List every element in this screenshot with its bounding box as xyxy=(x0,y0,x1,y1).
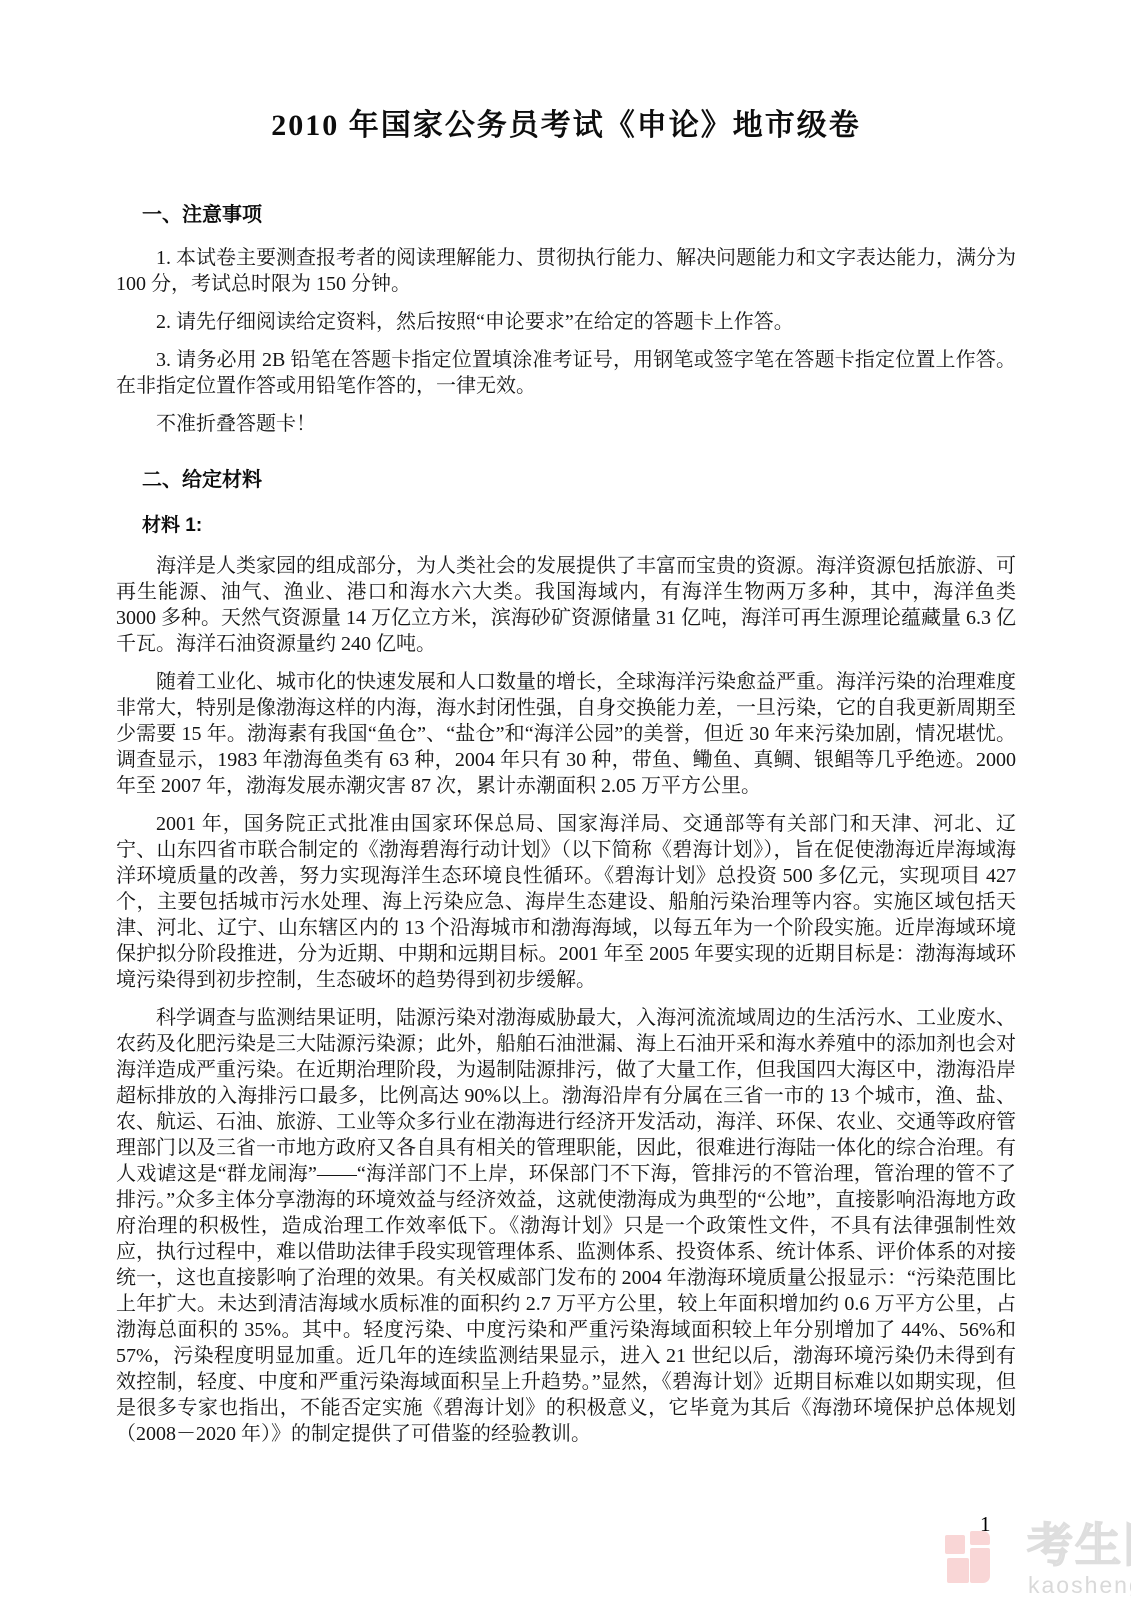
section-materials-heading: 二、给定材料 xyxy=(116,463,1016,492)
page-number: 1 xyxy=(980,1512,991,1537)
notice-warning: 不准折叠答题卡！ xyxy=(116,411,1016,437)
watermark-site-domain: kaosheng.com xyxy=(1028,1572,1131,1599)
notice-item-2: 2. 请先仔细阅读给定资料，然后按照“申论要求”在给定的答题卡上作答。 xyxy=(116,309,1016,335)
material-1-paragraph-4: 科学调查与监测结果证明，陆源污染对渤海威胁最大，入海河流流域周边的生活污水、工业… xyxy=(116,1005,1016,1447)
kaosheng-watermark: 考生网 kaosheng.com xyxy=(945,1522,1131,1600)
document-content: 2010 年国家公务员考试《申论》地市级卷 一、注意事项 1. 本试卷主要测查报… xyxy=(116,100,1016,1459)
logo-block xyxy=(945,1535,965,1554)
material-1-paragraph-2: 随着工业化、城市化的快速发展和人口数量的增长，全球海洋污染愈益严重。海洋污染的治… xyxy=(116,669,1016,799)
page-title: 2010 年国家公务员考试《申论》地市级卷 xyxy=(116,100,1016,144)
logo-block xyxy=(947,1558,969,1583)
material-1-paragraph-3: 2001 年，国务院正式批准由国家环保总局、国家海洋局、交通部等有关部门和天津、… xyxy=(116,811,1016,993)
notice-item-1: 1. 本试卷主要测查报考者的阅读理解能力、贯彻执行能力、解决问题能力和文字表达能… xyxy=(116,245,1016,297)
section-notice-heading: 一、注意事项 xyxy=(116,198,1016,227)
logo-block xyxy=(970,1548,990,1583)
material-1-label: 材料 1: xyxy=(116,510,1016,537)
material-1-paragraph-1: 海洋是人类家园的组成部分，为人类社会的发展提供了丰富而宝贵的资源。海洋资源包括旅… xyxy=(116,553,1016,657)
kaosheng-logo-icon xyxy=(945,1531,991,1583)
watermark-site-name: 考生网 xyxy=(1027,1522,1131,1568)
document-page: 2010 年国家公务员考试《申论》地市级卷 一、注意事项 1. 本试卷主要测查报… xyxy=(0,0,1131,1600)
notice-item-3: 3. 请务必用 2B 铅笔在答题卡指定位置填涂准考证号，用钢笔或签字笔在答题卡指… xyxy=(116,347,1016,399)
